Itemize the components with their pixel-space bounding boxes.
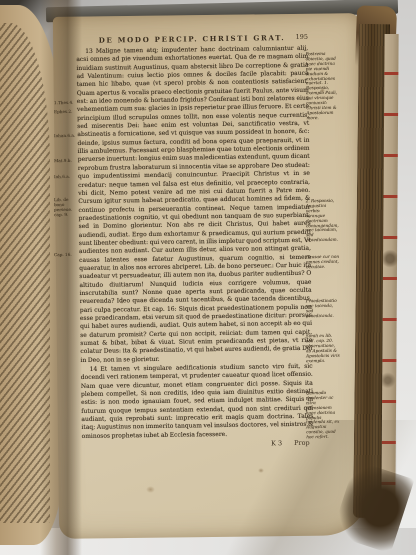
- printed-text-block: DE MODO PERCIP. CHRISTI GRAT. 195 13Mali…: [76, 33, 314, 450]
- paragraph-text: Et tamen vt singulare aedificationis stu…: [81, 363, 314, 440]
- margin-note-left: Cap. 16.: [54, 253, 75, 258]
- margin-note-left: Ioh.6.a.: [54, 175, 75, 180]
- running-title: DE MODO PERCIP. CHRISTI GRAT.: [76, 33, 308, 45]
- page-number: 195: [296, 33, 309, 41]
- page-header: DE MODO PERCIP. CHRISTI GRAT. 195: [76, 33, 308, 46]
- paragraph-text: Maligne tamen atq; impudenter hanc doctr…: [76, 45, 312, 364]
- margin-note-left: Lib. de bono perseue. cap. 9.: [54, 198, 75, 218]
- margin-note-left: Iohan.6.a.: [54, 134, 75, 139]
- paragraph: 14Et tamen vt singulare aedificationis s…: [81, 363, 314, 441]
- margin-note-right: Simili ex lib. eod. cap. 20. obseruation…: [306, 334, 340, 364]
- margin-note-right: Postrema obiectio, quod haec doctrina pi…: [306, 52, 341, 121]
- margin-note-right: Praedestinatio nec tacenda, sed praedica…: [306, 299, 340, 319]
- margin-note-left: 1.Thes.4.: [54, 101, 75, 106]
- book-photo: DE MODO PERCIP. CHRISTI GRAT. 195 13Mali…: [0, 0, 416, 555]
- paragraph: 13Maligne tamen atq; impudenter hanc doc…: [76, 45, 312, 365]
- paragraph-number: 14: [90, 366, 101, 373]
- body-text: 13Maligne tamen atq; impudenter hanc doc…: [76, 45, 313, 441]
- margin-note-right: Quomodo prudenter ac citra offensionem h…: [306, 391, 341, 441]
- margin-note-left: Ephes.2.: [54, 110, 75, 115]
- signature-mark: K 3: [271, 439, 282, 447]
- margin-note-right: Causae cur non omnes credant, occultae.: [306, 255, 340, 270]
- margin-note-right: 2. Responsio, Augustini verbis: vtranque…: [306, 199, 341, 244]
- background-right: [397, 0, 416, 555]
- margin-note-left: Mat.9.b.: [54, 159, 75, 164]
- paragraph-number: 13: [85, 48, 96, 55]
